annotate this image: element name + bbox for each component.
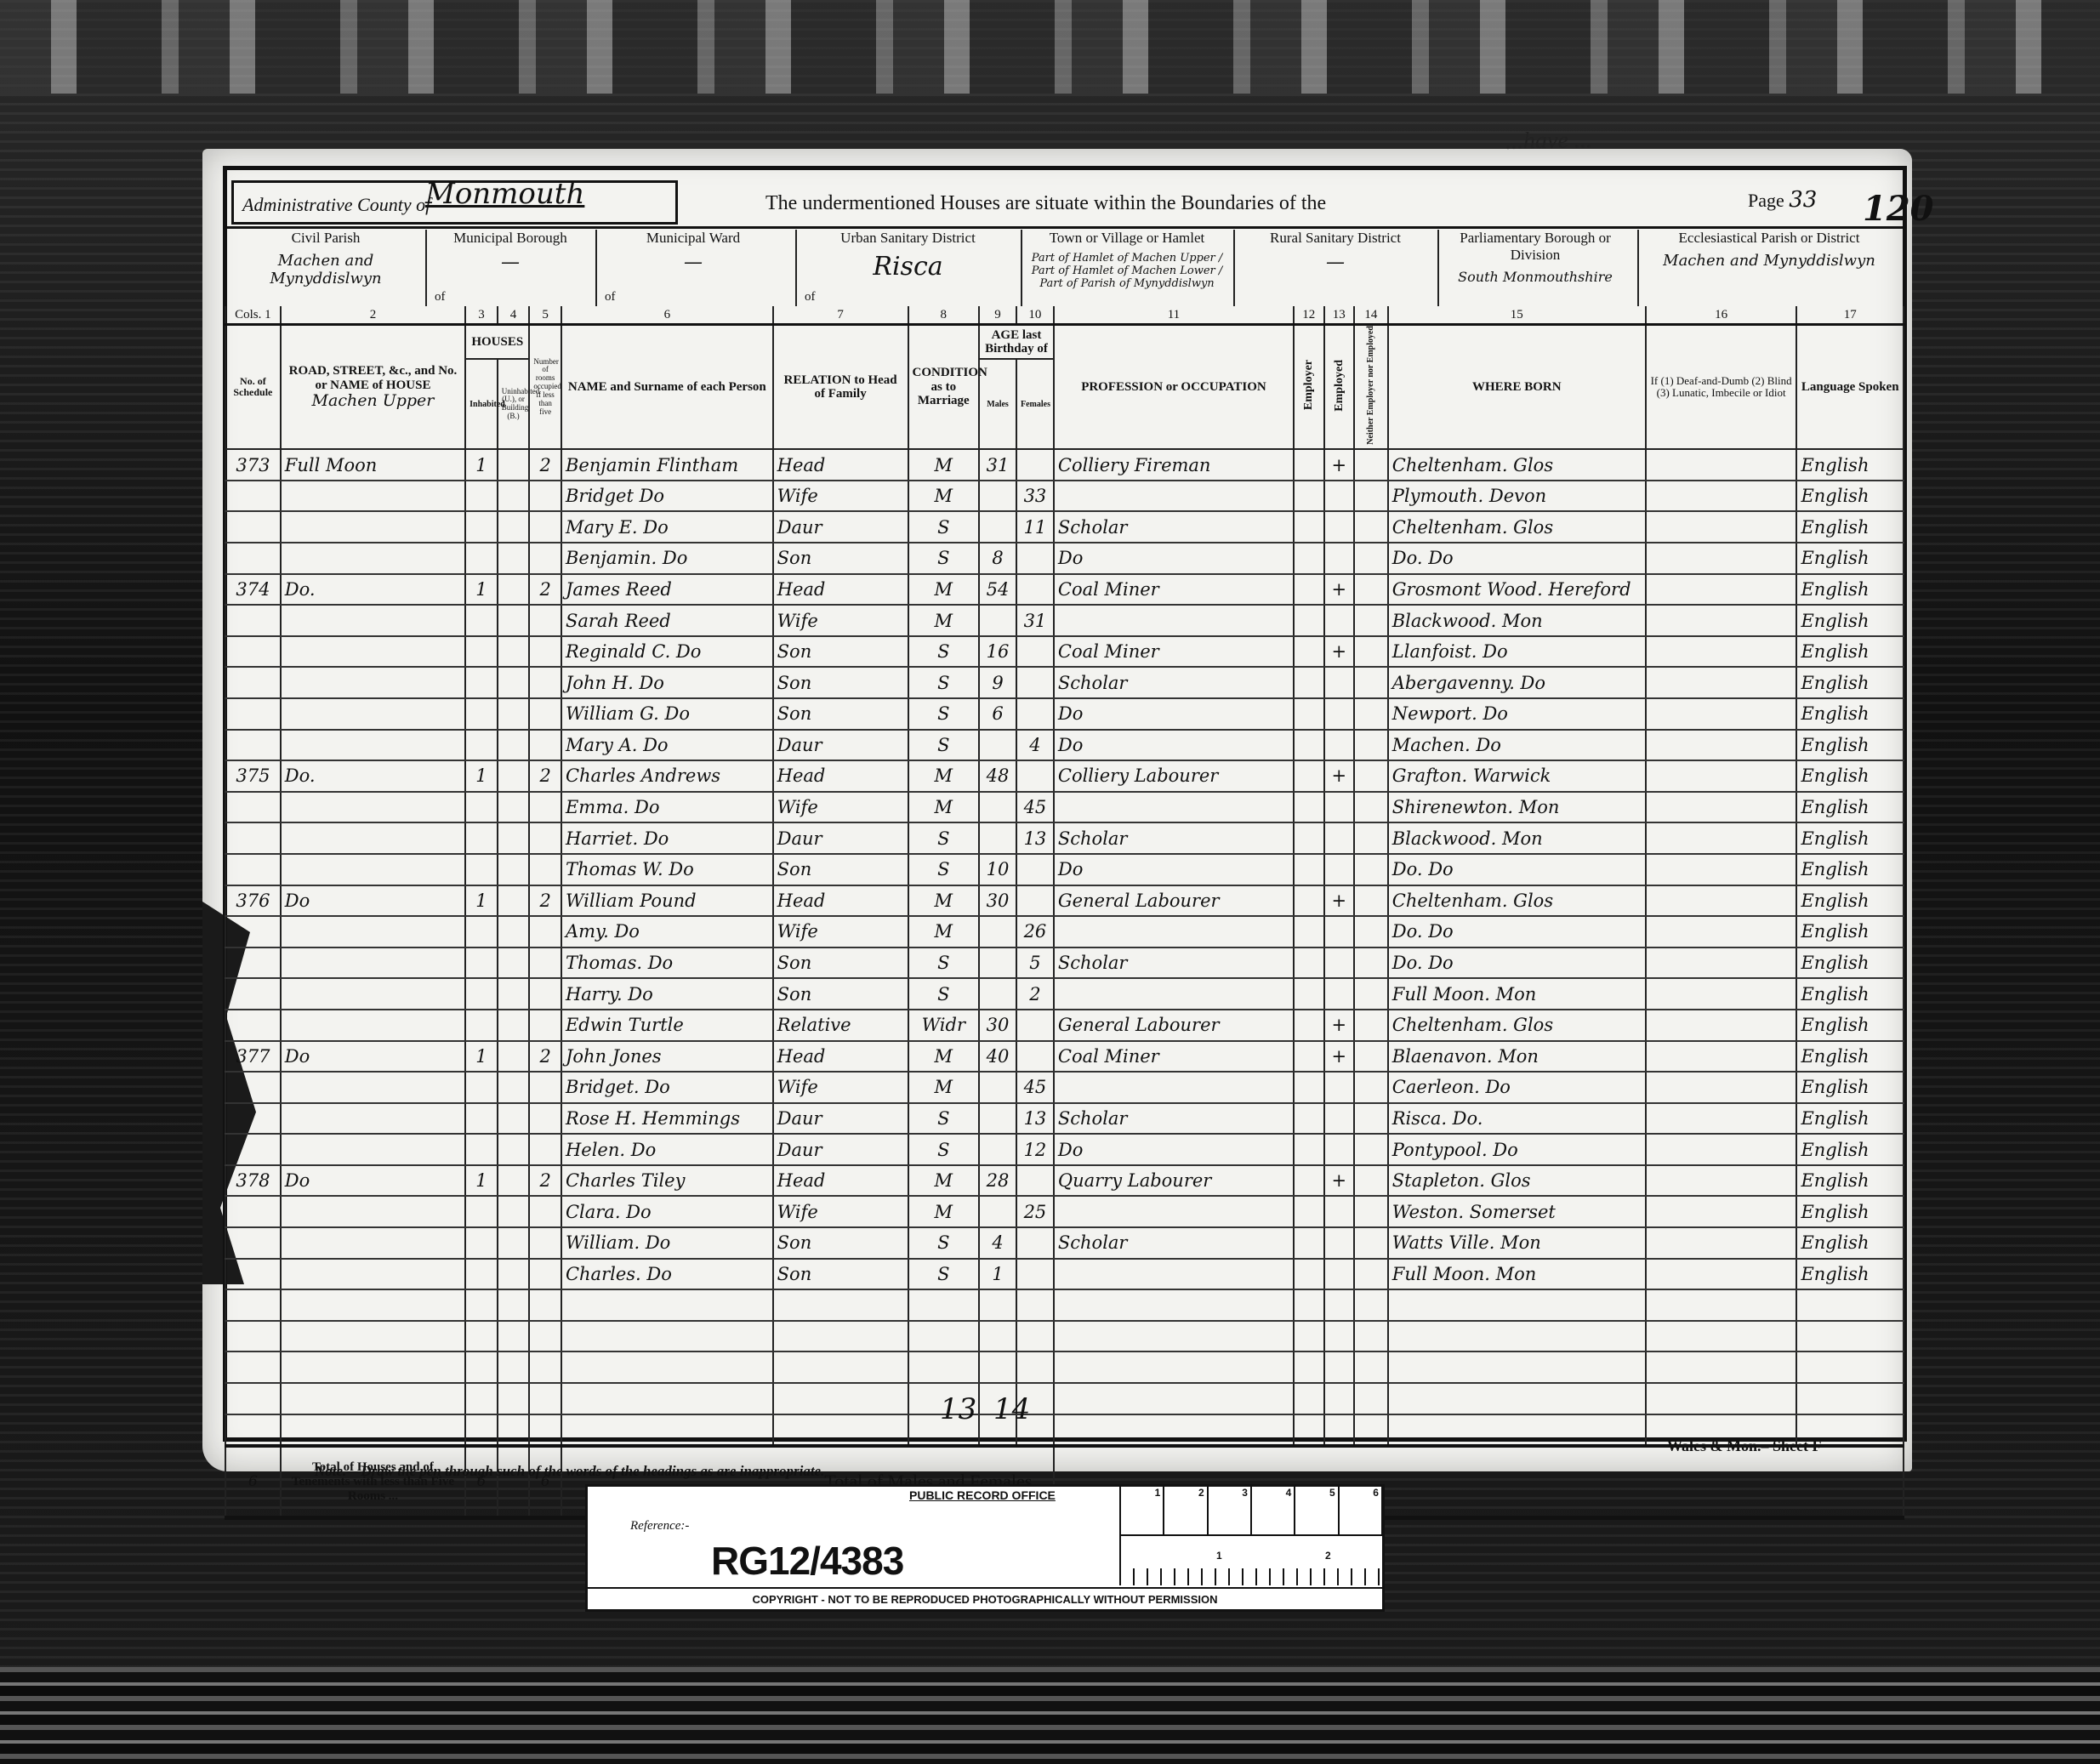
where-born-cell: Blackwood. Mon (1388, 605, 1646, 636)
reference-label: Reference:- (630, 1519, 689, 1534)
header-inhabited: Inhabited (465, 359, 498, 449)
infirmity-cell (1646, 449, 1797, 481)
inhabited-cell (465, 511, 498, 543)
female-age-cell (1016, 1165, 1054, 1197)
relation-cell: Head (773, 574, 908, 606)
occupation-cell: Scholar (1054, 1227, 1294, 1259)
employed-cell: + (1324, 574, 1355, 606)
name-cell: Sarah Reed (561, 605, 773, 636)
schedule-cell: 374 (225, 574, 281, 606)
female-age-cell: 12 (1016, 1134, 1054, 1165)
inhabited-cell (465, 1010, 498, 1041)
male-age-cell (979, 605, 1016, 636)
where-born-cell: Cheltenham. Glos (1388, 885, 1646, 917)
road-cell (281, 822, 465, 854)
employed-cell (1324, 1259, 1355, 1290)
employer-cell (1294, 636, 1324, 668)
schedule-cell (225, 947, 281, 979)
language-cell: English (1796, 916, 1904, 947)
rooms-cell (529, 636, 561, 668)
female-age-cell: 45 (1016, 1072, 1054, 1103)
table-row: Bridget. DoWifeM45Caerleon. DoEnglish (225, 1072, 1904, 1103)
where-born-cell: Abergavenny. Do (1388, 667, 1646, 698)
name-cell: William. Do (561, 1227, 773, 1259)
male-age-cell: 10 (979, 854, 1016, 885)
uninhabited-cell (498, 574, 530, 606)
language-cell: English (1796, 822, 1904, 854)
name-cell: Clara. Do (561, 1196, 773, 1227)
neither-cell (1354, 574, 1388, 606)
occupation-cell: Do (1054, 854, 1294, 885)
relation-cell: Son (773, 698, 908, 730)
employed-cell (1324, 1134, 1355, 1165)
uninhabited-cell (498, 543, 530, 574)
condition-cell: S (908, 511, 980, 543)
infirmity-cell (1646, 481, 1797, 512)
language-cell: English (1796, 1259, 1904, 1290)
road-cell: Do (281, 1041, 465, 1073)
name-cell: Harry. Do (561, 978, 773, 1010)
female-age-cell (1016, 854, 1054, 885)
road-cell (281, 481, 465, 512)
language-cell: English (1796, 636, 1904, 668)
relation-cell: Head (773, 885, 908, 917)
ruler-inch: 1 2 (1121, 1536, 1383, 1585)
road-cell (281, 511, 465, 543)
table-row: Sarah ReedWifeM31Blackwood. MonEnglish (225, 605, 1904, 636)
employer-cell (1294, 1072, 1324, 1103)
header-infirmity: If (1) Deaf-and-Dumb (2) Blind (3) Lunat… (1646, 325, 1797, 450)
occupation-cell: Coal Miner (1054, 1041, 1294, 1073)
neither-cell (1354, 449, 1388, 481)
language-cell: English (1796, 1010, 1904, 1041)
language-cell: English (1796, 1227, 1904, 1259)
name-cell: Amy. Do (561, 916, 773, 947)
name-cell: James Reed (561, 574, 773, 606)
road-cell: Do. (281, 760, 465, 792)
name-cell: Mary E. Do (561, 511, 773, 543)
employed-cell: + (1324, 636, 1355, 668)
table-row: Mary E. DoDaurS11ScholarCheltenham. Glos… (225, 511, 1904, 543)
schedule-cell (225, 916, 281, 947)
infirmity-cell (1646, 574, 1797, 606)
infirmity-cell (1646, 1103, 1797, 1135)
schedule-cell (225, 822, 281, 854)
neither-cell (1354, 636, 1388, 668)
rooms-cell (529, 916, 561, 947)
female-age-cell: 2 (1016, 978, 1054, 1010)
employed-cell: + (1324, 1165, 1355, 1197)
language-cell: English (1796, 1072, 1904, 1103)
occupation-cell: Scholar (1054, 947, 1294, 979)
table-row: Harry. DoSonS2Full Moon. MonEnglish (225, 978, 1904, 1010)
uninhabited-cell (498, 1165, 530, 1197)
occupation-cell: Do (1054, 698, 1294, 730)
rooms-cell: 2 (529, 885, 561, 917)
female-age-cell: 13 (1016, 822, 1054, 854)
relation-cell: Son (773, 543, 908, 574)
header-condition: CONDITION as to Marriage (908, 325, 980, 450)
infirmity-cell (1646, 792, 1797, 823)
language-cell: English (1796, 1196, 1904, 1227)
schedule-cell (225, 1227, 281, 1259)
relation-cell: Daur (773, 1103, 908, 1135)
neither-cell (1354, 698, 1388, 730)
name-cell: Edwin Turtle (561, 1010, 773, 1041)
inhabited-cell (465, 605, 498, 636)
employer-cell (1294, 1010, 1324, 1041)
infirmity-cell (1646, 1196, 1797, 1227)
occupation-cell: Colliery Labourer (1054, 760, 1294, 792)
neither-cell (1354, 1259, 1388, 1290)
table-row: Thomas W. DoSonS10DoDo. DoEnglish (225, 854, 1904, 885)
where-born-cell: Llanfoist. Do (1388, 636, 1646, 668)
language-cell: English (1796, 698, 1904, 730)
road-cell (281, 636, 465, 668)
inhabited-cell: 1 (465, 885, 498, 917)
employed-cell: + (1324, 1010, 1355, 1041)
infirmity-cell (1646, 760, 1797, 792)
relation-cell: Son (773, 978, 908, 1010)
language-cell: English (1796, 1103, 1904, 1135)
name-cell: Thomas W. Do (561, 854, 773, 885)
name-cell: John H. Do (561, 667, 773, 698)
female-age-cell: 31 (1016, 605, 1054, 636)
blank-row (225, 1321, 1904, 1352)
header-age: AGE last Birthday of (979, 325, 1054, 360)
occupation-cell (1054, 1072, 1294, 1103)
name-cell: John Jones (561, 1041, 773, 1073)
language-cell: English (1796, 449, 1904, 481)
schedule-cell: 373 (225, 449, 281, 481)
employer-cell (1294, 698, 1324, 730)
schedule-cell: 375 (225, 760, 281, 792)
employer-cell (1294, 481, 1324, 512)
condition-cell: M (908, 916, 980, 947)
district-ecclesiastical: Ecclesiastical Parish or District Machen… (1642, 230, 1897, 306)
male-age-cell (979, 947, 1016, 979)
male-age-cell: 1 (979, 1259, 1016, 1290)
where-born-cell: Watts Ville. Mon (1388, 1227, 1646, 1259)
female-age-cell: 33 (1016, 481, 1054, 512)
condition-cell: M (908, 760, 980, 792)
employed-cell (1324, 1196, 1355, 1227)
road-cell (281, 605, 465, 636)
language-cell: English (1796, 885, 1904, 917)
relation-cell: Relative (773, 1010, 908, 1041)
road-cell (281, 667, 465, 698)
folio-number: 120 (1863, 189, 1934, 229)
rooms-cell (529, 730, 561, 761)
table-row: 375Do.12Charles AndrewsHeadM48Colliery L… (225, 760, 1904, 792)
employed-cell (1324, 605, 1355, 636)
neither-cell (1354, 1134, 1388, 1165)
relation-cell: Head (773, 1165, 908, 1197)
neither-cell (1354, 1072, 1388, 1103)
road-cell (281, 978, 465, 1010)
neither-cell (1354, 1041, 1388, 1073)
table-row: John H. DoSonS9ScholarAbergavenny. DoEng… (225, 667, 1904, 698)
district-parliamentary: Parliamentary Borough or Division South … (1442, 230, 1629, 306)
where-born-cell: Shirenewton. Mon (1388, 792, 1646, 823)
female-age-cell: 26 (1016, 916, 1054, 947)
header-road: ROAD, STREET, &c., and No. or NAME of HO… (281, 325, 465, 450)
female-age-cell (1016, 1227, 1054, 1259)
condition-cell: S (908, 1134, 980, 1165)
uninhabited-cell (498, 449, 530, 481)
employer-cell (1294, 449, 1324, 481)
where-born-cell: Full Moon. Mon (1388, 978, 1646, 1010)
where-born-cell: Blackwood. Mon (1388, 822, 1646, 854)
blank-row (225, 1351, 1904, 1383)
rooms-cell (529, 667, 561, 698)
schedule-cell (225, 1196, 281, 1227)
relation-cell: Head (773, 449, 908, 481)
employed-cell (1324, 822, 1355, 854)
relation-cell: Daur (773, 822, 908, 854)
employed-cell: + (1324, 885, 1355, 917)
table-row: Bridget DoWifeM33Plymouth. DevonEnglish (225, 481, 1904, 512)
census-table: Cols. 1 2 3 4 5 6 7 8 9 10 11 12 13 14 1… (225, 306, 1904, 1520)
schedule-cell (225, 854, 281, 885)
employer-cell (1294, 574, 1324, 606)
language-cell: English (1796, 730, 1904, 761)
language-cell: English (1796, 792, 1904, 823)
male-age-cell (979, 978, 1016, 1010)
total-females: 14 (993, 1392, 1030, 1426)
where-born-cell: Plymouth. Devon (1388, 481, 1646, 512)
inhabited-cell (465, 1103, 498, 1135)
where-born-cell: Do. Do (1388, 854, 1646, 885)
inhabited-cell (465, 792, 498, 823)
condition-cell: M (908, 449, 980, 481)
rooms-cell (529, 1196, 561, 1227)
occupation-cell: Coal Miner (1054, 574, 1294, 606)
neither-cell (1354, 1103, 1388, 1135)
neither-cell (1354, 1165, 1388, 1197)
schedule-cell (225, 1103, 281, 1135)
occupation-cell (1054, 1196, 1294, 1227)
female-age-cell (1016, 543, 1054, 574)
employed-cell (1324, 978, 1355, 1010)
road-cell (281, 854, 465, 885)
road-cell (281, 730, 465, 761)
relation-cell: Head (773, 760, 908, 792)
name-cell: Harriet. Do (561, 822, 773, 854)
employer-cell (1294, 511, 1324, 543)
schedule-cell (225, 481, 281, 512)
condition-cell: Widr (908, 1010, 980, 1041)
inhabited-cell (465, 667, 498, 698)
neither-cell (1354, 511, 1388, 543)
condition-cell: S (908, 667, 980, 698)
uninhabited-cell (498, 730, 530, 761)
employer-cell (1294, 885, 1324, 917)
condition-cell: S (908, 543, 980, 574)
language-cell: English (1796, 1165, 1904, 1197)
condition-cell: S (908, 822, 980, 854)
rooms-cell (529, 822, 561, 854)
relation-cell: Son (773, 1259, 908, 1290)
table-row: William G. DoSonS6DoNewport. DoEnglish (225, 698, 1904, 730)
rooms-cell: 2 (529, 449, 561, 481)
condition-cell: M (908, 885, 980, 917)
rooms-cell (529, 792, 561, 823)
male-age-cell: 6 (979, 698, 1016, 730)
where-born-cell: Do. Do (1388, 947, 1646, 979)
uninhabited-cell (498, 481, 530, 512)
rooms-cell: 2 (529, 1041, 561, 1073)
uninhabited-cell (498, 1259, 530, 1290)
condition-cell: M (908, 1041, 980, 1073)
where-born-cell: Grafton. Warwick (1388, 760, 1646, 792)
inhabited-cell: 1 (465, 1041, 498, 1073)
neither-cell (1354, 822, 1388, 854)
condition-cell: S (908, 947, 980, 979)
inhabited-cell (465, 481, 498, 512)
infirmity-cell (1646, 822, 1797, 854)
employed-cell (1324, 916, 1355, 947)
margin-note: ...have ... (1505, 127, 1592, 156)
uninhabited-cell (498, 760, 530, 792)
female-age-cell (1016, 1259, 1054, 1290)
road-cell (281, 1259, 465, 1290)
census-rows: 373Full Moon12Benjamin FlinthamHeadM31Co… (225, 449, 1904, 1446)
inhabited-cell: 1 (465, 760, 498, 792)
schedule-cell (225, 511, 281, 543)
where-born-cell: Newport. Do (1388, 698, 1646, 730)
film-edge-top (0, 0, 2100, 94)
schedule-cell (225, 698, 281, 730)
employed-cell: + (1324, 760, 1355, 792)
relation-cell: Wife (773, 481, 908, 512)
employed-cell (1324, 947, 1355, 979)
header-where-born: WHERE BORN (1388, 325, 1646, 450)
road-cell: Do (281, 1165, 465, 1197)
rooms-cell (529, 1227, 561, 1259)
relation-cell: Wife (773, 916, 908, 947)
neither-cell (1354, 916, 1388, 947)
column-header-row-1: No. of Schedule ROAD, STREET, &c., and N… (225, 325, 1904, 360)
table-row: 373Full Moon12Benjamin FlinthamHeadM31Co… (225, 449, 1904, 481)
rooms-cell (529, 1103, 561, 1135)
schedule-cell: 376 (225, 885, 281, 917)
condition-cell: M (908, 1165, 980, 1197)
schedule-cell (225, 1010, 281, 1041)
where-born-cell: Machen. Do (1388, 730, 1646, 761)
where-born-cell: Grosmont Wood. Hereford (1388, 574, 1646, 606)
condition-cell: S (908, 978, 980, 1010)
where-born-cell: Pontypool. Do (1388, 1134, 1646, 1165)
where-born-cell: Weston. Somerset (1388, 1196, 1646, 1227)
male-age-cell (979, 1072, 1016, 1103)
table-row: Thomas. DoSonS5ScholarDo. DoEnglish (225, 947, 1904, 979)
rooms-cell: 2 (529, 1165, 561, 1197)
where-born-cell: Cheltenham. Glos (1388, 1010, 1646, 1041)
language-cell: English (1796, 481, 1904, 512)
name-cell: Benjamin. Do (561, 543, 773, 574)
civil-parish-value: Machen and Mynyddislwyn (228, 252, 424, 287)
name-cell: Mary A. Do (561, 730, 773, 761)
uninhabited-cell (498, 947, 530, 979)
neither-cell (1354, 760, 1388, 792)
name-cell: Thomas. Do (561, 947, 773, 979)
occupation-cell: General Labourer (1054, 885, 1294, 917)
inhabited-cell: 1 (465, 449, 498, 481)
language-cell: English (1796, 1134, 1904, 1165)
district-rural-sanitary: Rural Sanitary District — (1238, 230, 1433, 306)
employed-cell (1324, 511, 1355, 543)
occupation-cell: Scholar (1054, 1103, 1294, 1135)
male-age-cell: 16 (979, 636, 1016, 668)
copyright-notice: COPYRIGHT - NOT TO BE REPRODUCED PHOTOGR… (588, 1587, 1382, 1606)
neither-cell (1354, 481, 1388, 512)
stamp-title: PUBLIC RECORD OFFICE (909, 1488, 1056, 1502)
table-row: Amy. DoWifeM26Do. DoEnglish (225, 916, 1904, 947)
uninhabited-cell (498, 1134, 530, 1165)
employer-cell (1294, 605, 1324, 636)
county-label: Administrative County of (242, 194, 430, 216)
county-value: Monmouth (425, 177, 584, 211)
male-age-cell (979, 511, 1016, 543)
occupation-cell: Coal Miner (1054, 636, 1294, 668)
employer-cell (1294, 792, 1324, 823)
rooms-cell (529, 1010, 561, 1041)
table-row: 374Do.12James ReedHeadM54Coal Miner+Gros… (225, 574, 1904, 606)
header-schedule: No. of Schedule (225, 325, 281, 450)
neither-cell (1354, 605, 1388, 636)
name-cell: William G. Do (561, 698, 773, 730)
condition-cell: S (908, 698, 980, 730)
female-age-cell (1016, 636, 1054, 668)
table-row: 376Do12William PoundHeadM30General Labou… (225, 885, 1904, 917)
road-cell (281, 543, 465, 574)
footer-note: Note.—Draw the pen through such of the w… (315, 1463, 824, 1480)
male-age-cell (979, 792, 1016, 823)
scale-ruler: 1 2 3 4 5 6 1 2 (1119, 1487, 1383, 1585)
name-cell: Emma. Do (561, 792, 773, 823)
page-value: 33 (1789, 187, 1817, 213)
header-employed: Employed (1324, 325, 1355, 450)
neither-cell (1354, 978, 1388, 1010)
neither-cell (1354, 730, 1388, 761)
page-label: Page (1748, 190, 1784, 211)
employed-cell (1324, 481, 1355, 512)
page-number: Page 33 (1748, 187, 1817, 213)
district-municipal-ward: Municipal Ward — of (600, 230, 787, 306)
header-females: Females (1016, 359, 1054, 449)
female-age-cell (1016, 885, 1054, 917)
schedule-cell (225, 636, 281, 668)
uninhabited-cell (498, 1072, 530, 1103)
relation-cell: Wife (773, 605, 908, 636)
table-row: Clara. DoWifeM25Weston. SomersetEnglish (225, 1196, 1904, 1227)
blank-row (225, 1383, 1904, 1414)
header-relation: RELATION to Head of Family (773, 325, 908, 450)
neither-cell (1354, 947, 1388, 979)
name-cell: Helen. Do (561, 1134, 773, 1165)
road-cell (281, 947, 465, 979)
rooms-cell (529, 481, 561, 512)
table-row: Reginald C. DoSonS16Coal Miner+Llanfoist… (225, 636, 1904, 668)
male-age-cell (979, 1196, 1016, 1227)
male-age-cell (979, 916, 1016, 947)
employed-cell (1324, 543, 1355, 574)
infirmity-cell (1646, 636, 1797, 668)
uninhabited-cell (498, 854, 530, 885)
table-row: Mary A. DoDaurS4DoMachen. DoEnglish (225, 730, 1904, 761)
rooms-cell (529, 947, 561, 979)
